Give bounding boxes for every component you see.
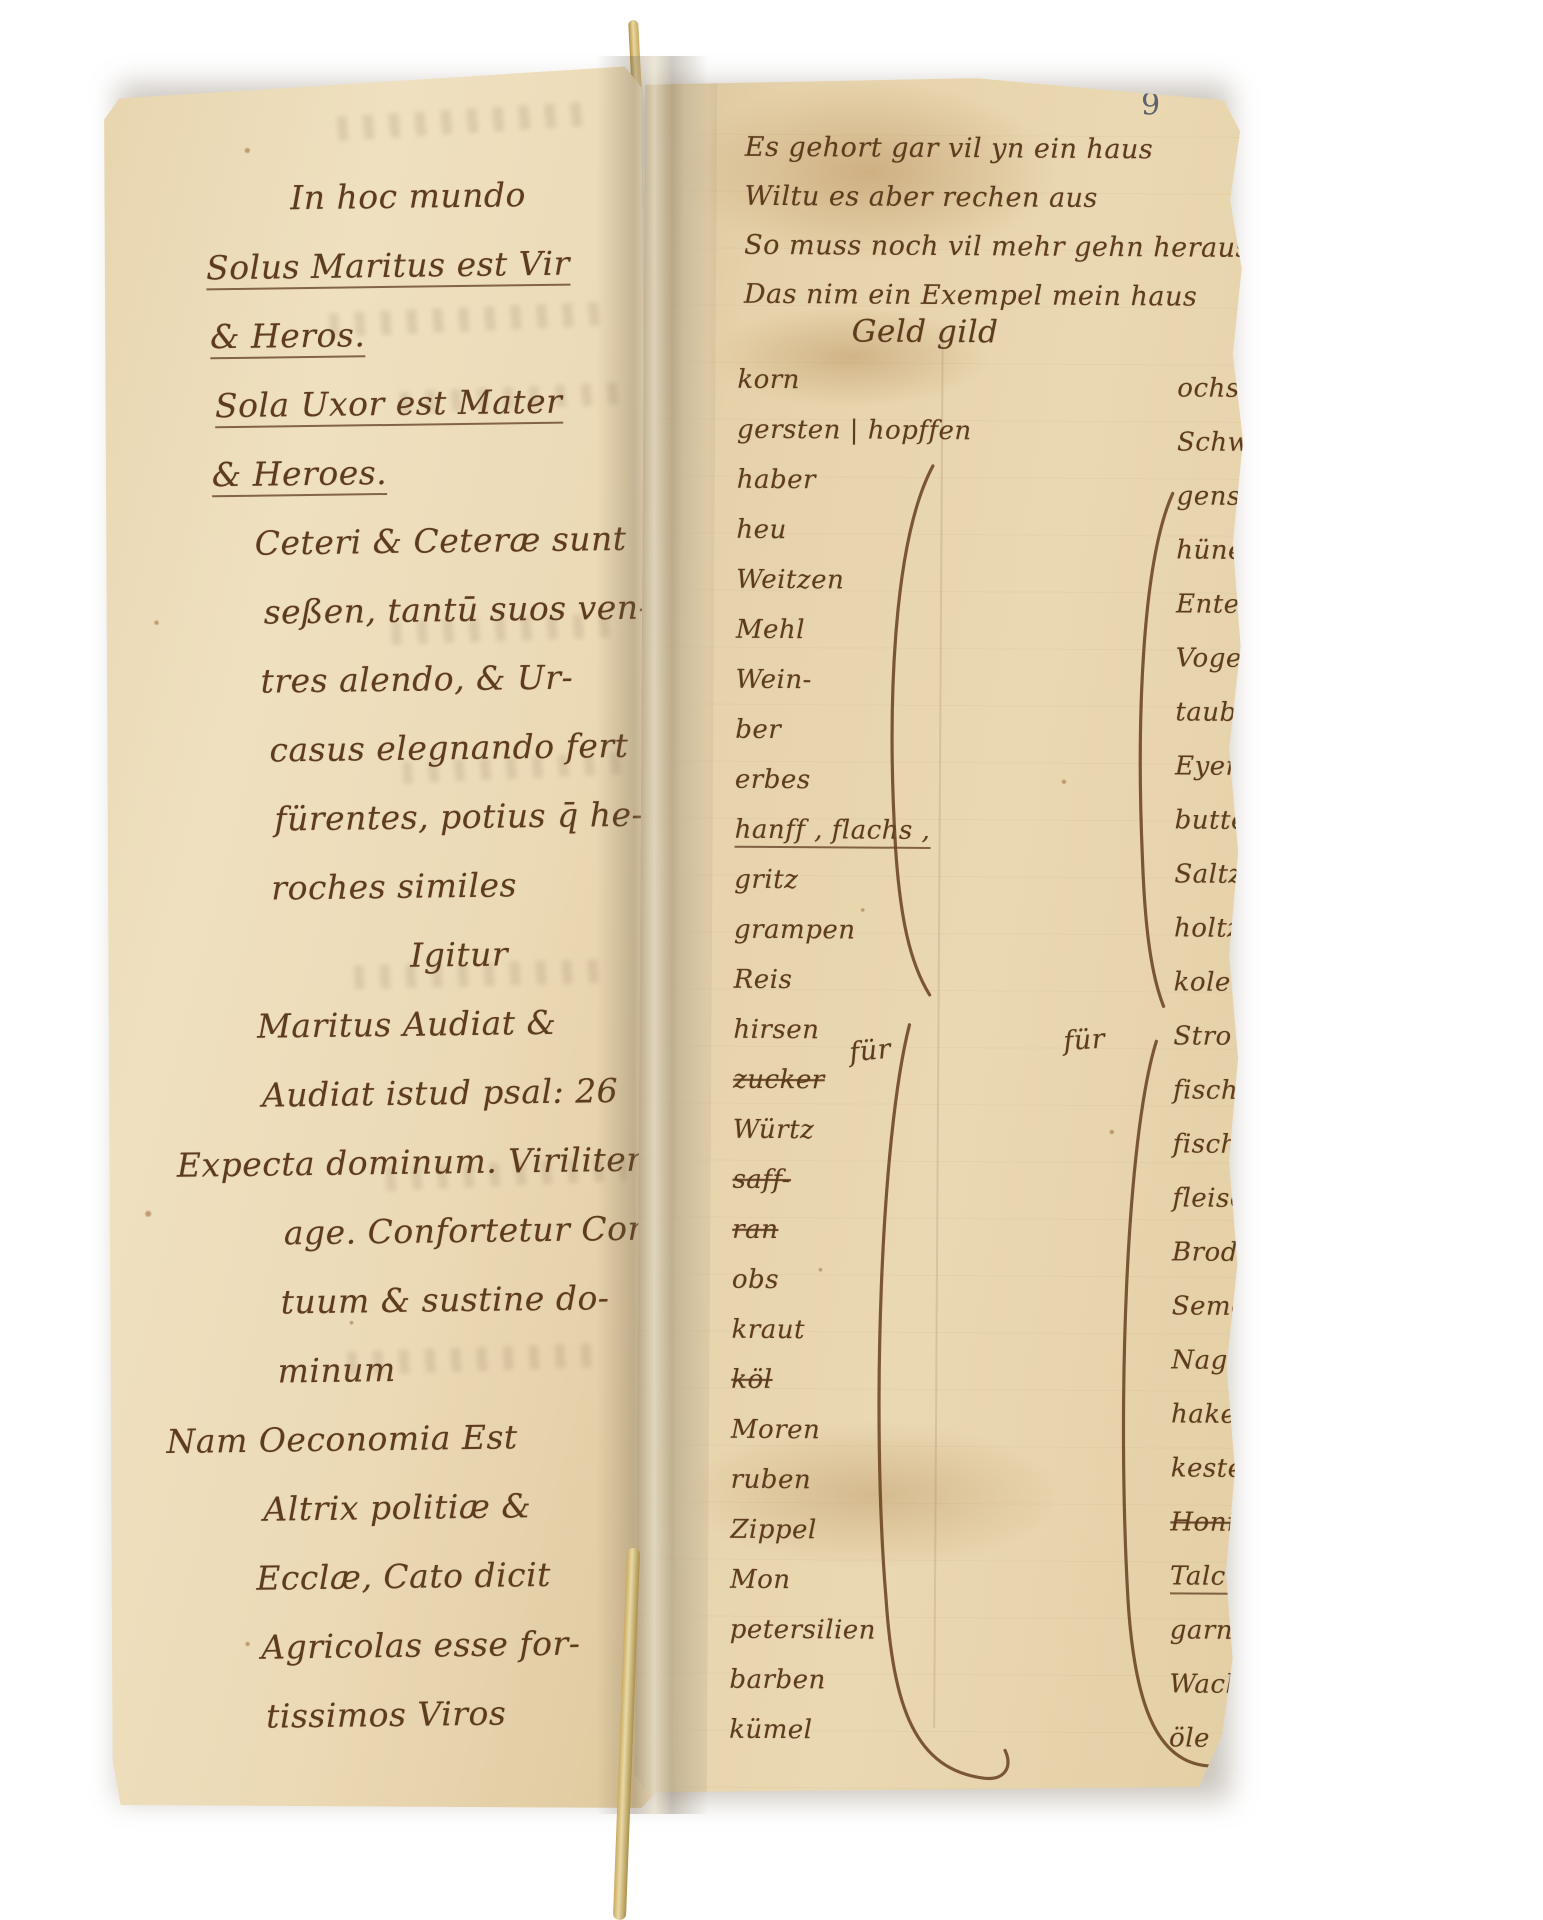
- goods-item: Wachs: [1169, 1657, 1426, 1713]
- goods-item: Würtz: [733, 1105, 968, 1156]
- goods-item: Eyer: [1175, 739, 1432, 795]
- goods-item: haber: [737, 455, 972, 506]
- manuscript-line: Sola Uxor est Mater: [215, 366, 654, 441]
- goods-item: tauben: [1175, 685, 1432, 741]
- manuscript-line: Nam Oeconomia Est: [166, 1400, 667, 1476]
- foxing-spot: [1061, 779, 1067, 785]
- goods-item: Mon: [730, 1555, 965, 1606]
- goods-item: Nagel: [1171, 1333, 1428, 1389]
- bracket-label-col2: für: [1062, 1024, 1106, 1058]
- goods-item: heu: [736, 505, 971, 556]
- bracket-label-col1: für: [848, 1034, 893, 1069]
- goods-item: erbes: [735, 755, 970, 806]
- manuscript-line: casus elegnando fert: [269, 710, 658, 784]
- goods-item: hüner: [1176, 523, 1433, 579]
- goods-item: Stro: [1173, 1009, 1430, 1065]
- goods-item: ruben: [731, 1455, 966, 1506]
- manuscript-line: seßen, tantū suos ven-: [263, 572, 656, 646]
- goods-item: Wein-: [735, 655, 970, 706]
- goods-item: petersilien: [730, 1605, 965, 1656]
- goods-item: gersten | hopffen: [737, 405, 972, 456]
- manuscript-line: Solus Maritus est Vir: [206, 228, 652, 303]
- goods-item: Mehl: [736, 605, 971, 656]
- goods-item: Zippel: [730, 1505, 965, 1556]
- left-page-text: In hoc mundoSolus Maritus est Vir& Heros…: [150, 159, 671, 1752]
- foxing-spot: [144, 1210, 152, 1218]
- manuscript-line: Ecclæ, Cato dicit: [256, 1538, 669, 1612]
- goods-item: gens: [1177, 469, 1434, 525]
- manuscript-line: age. Confortetur Cor: [283, 1193, 664, 1267]
- tape-strip: [635, 76, 717, 1792]
- goods-item: haken: [1171, 1387, 1428, 1443]
- goods-item: öle: [1169, 1711, 1426, 1767]
- manuscript-line: Audiat istud psal: 26: [262, 1055, 663, 1129]
- goods-item: Honig: [1170, 1495, 1427, 1551]
- foxing-spot: [244, 147, 251, 154]
- right-page: 9 Es gehort gar vil yn ein hausWiltu es …: [635, 76, 1245, 1796]
- manuscript-line: Altrix politiæ &: [263, 1469, 668, 1543]
- goods-item: korn: [737, 355, 972, 406]
- goods-item: fisch dürr: [1173, 1063, 1430, 1119]
- manuscript-line: fürentes, potius q̄ he-: [274, 779, 659, 853]
- left-page: In hoc mundoSolus Maritus est Vir& Heros…: [97, 56, 655, 1812]
- goods-item: butter: [1175, 793, 1432, 849]
- goods-item: obs: [732, 1255, 967, 1306]
- list-heading: Geld gild: [852, 313, 999, 350]
- manuscript-line: Igitur: [410, 917, 661, 989]
- goods-item: Enten: [1176, 577, 1433, 633]
- goods-item: Brod: [1172, 1225, 1429, 1281]
- manuscript-line: tissimos Viros: [266, 1676, 671, 1750]
- manuscript-line: Ceteri & Ceteræ sunt: [254, 503, 655, 577]
- manuscript-line: Agricolas esse for-: [261, 1607, 670, 1681]
- goods-item: fisch grün: [1173, 1117, 1430, 1173]
- goods-item: ochsen: [1177, 361, 1434, 417]
- goods-item: holtz: [1174, 901, 1431, 957]
- manuscript-line: tuum & sustine do-: [280, 1262, 665, 1336]
- goods-item: ran: [732, 1205, 967, 1256]
- verse-block: Es gehort gar vil yn ein hausWiltu es ab…: [744, 123, 1251, 322]
- goods-item: ber: [735, 705, 970, 756]
- goods-item: Reis: [734, 955, 969, 1006]
- goods-item: Saltz: [1174, 847, 1431, 903]
- verse-line: Wiltu es aber rechen aus: [744, 172, 1250, 224]
- bracket-col2-upper: [1139, 493, 1173, 1006]
- goods-item: gritz: [734, 855, 969, 906]
- goods-item: saff-: [732, 1155, 967, 1206]
- manuscript-photo: In hoc mundoSolus Maritus est Vir& Heros…: [0, 0, 1543, 1920]
- goods-item: hanff , flachs ,: [734, 805, 969, 856]
- goods-item: grampen: [734, 905, 969, 956]
- bleedthrough-ghost: [337, 102, 588, 141]
- verse-line: So muss noch vil mehr gehn heraus: [744, 221, 1250, 273]
- goods-item: kraut: [731, 1305, 966, 1356]
- manuscript-line: In hoc mundo: [290, 159, 651, 233]
- manuscript-line: & Heros.: [210, 297, 653, 372]
- goods-item: kümel: [729, 1705, 964, 1756]
- manuscript-line: & Heroes.: [211, 435, 654, 510]
- goods-item: köl: [731, 1355, 966, 1406]
- goods-item: kolen: [1174, 955, 1431, 1011]
- goods-item: barben: [729, 1655, 964, 1706]
- manuscript-line: Expecta dominum. Viriliter: [176, 1124, 663, 1199]
- goods-item: Semel: [1172, 1279, 1429, 1335]
- goods-item: kestenkern: [1171, 1441, 1428, 1497]
- verse-line: Es gehort gar vil yn ein haus: [745, 123, 1251, 175]
- manuscript-line: minum: [277, 1331, 666, 1405]
- goods-item: Schwein: [1177, 415, 1434, 471]
- goods-item: Moren: [731, 1405, 966, 1456]
- manuscript-line: roches similes: [271, 848, 660, 922]
- foxing-spot: [1109, 1129, 1115, 1135]
- goods-item: Vogel: [1176, 631, 1433, 687]
- goods-item: garn: [1170, 1603, 1427, 1659]
- goods-column-2: ochsenSchweingenshünerEntenVogeltaubenEy…: [1169, 361, 1434, 1767]
- manuscript-line: Maritus Audiat &: [257, 986, 662, 1060]
- goods-item: Talck: [1170, 1549, 1427, 1605]
- goods-item: Weitzen: [736, 555, 971, 606]
- goods-item: fleisch zum dörren: [1172, 1171, 1429, 1227]
- manuscript-line: tres alendo, & Ur-: [260, 641, 657, 715]
